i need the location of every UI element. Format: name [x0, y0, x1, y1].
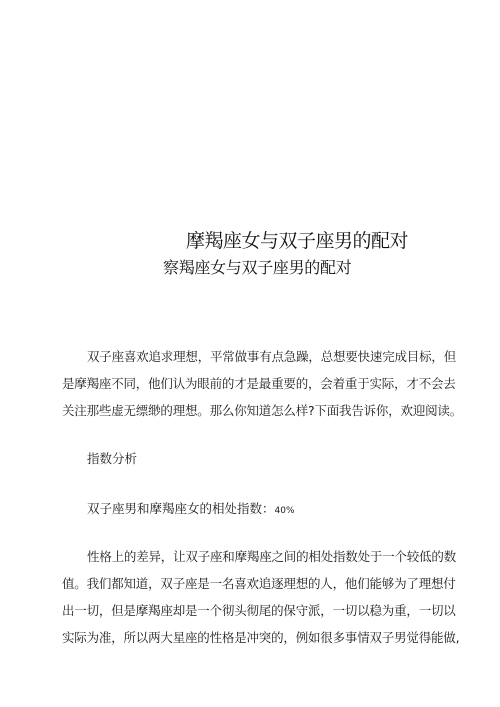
body-paragraph: 性格上的差异，让双子座和摩羯座之间的相处指数处于一个较低的数 值。我们都知道，双… — [62, 547, 440, 655]
paragraph-line: 实际为准，所以两大星座的性格是冲突的，例如很多事情双子男觉得能做, — [62, 628, 440, 655]
paragraph-line: 性格上的差异，让双子座和摩羯座之间的相处指数处于一个较低的数 — [62, 547, 440, 574]
intro-paragraph: 双子座喜欢追求理想，平常做事有点急躁，总想要快速完成目标，但 是摩羯座不同，他们… — [62, 347, 440, 428]
document-subtitle: 察羯座女与双子座男的配对 — [163, 258, 351, 278]
paragraph-line: 关注那些虚无缥缈的理想。那么你知道怎么样?下面我告诉你，欢迎阅读。 — [62, 401, 440, 428]
paragraph-line: 出一切，但是摩羯座却是一个彻头彻尾的保守派，一切以稳为重，一切以 — [62, 601, 440, 628]
paragraph-line: 值。我们都知道，双子座是一名喜欢追逐理想的人，他们能够为了理想付 — [62, 574, 440, 601]
paragraph-line: 是摩羯座不同，他们认为眼前的才是最重要的，会着重于实际，才不会去 — [62, 374, 440, 401]
paragraph-line: 双子座喜欢追求理想，平常做事有点急躁，总想要快速完成目标，但 — [62, 347, 440, 374]
index-label: 双子座男和摩羯座女的相处指数： — [87, 501, 275, 516]
compatibility-index: 双子座男和摩羯座女的相处指数：40% — [87, 500, 295, 520]
section-heading: 指数分析 — [87, 450, 137, 468]
document-page: 摩羯座女与双子座男的配对 察羯座女与双子座男的配对 双子座喜欢追求理想，平常做事… — [0, 0, 500, 707]
document-title: 摩羯座女与双子座男的配对 — [186, 229, 408, 253]
index-value: 40% — [275, 506, 295, 516]
